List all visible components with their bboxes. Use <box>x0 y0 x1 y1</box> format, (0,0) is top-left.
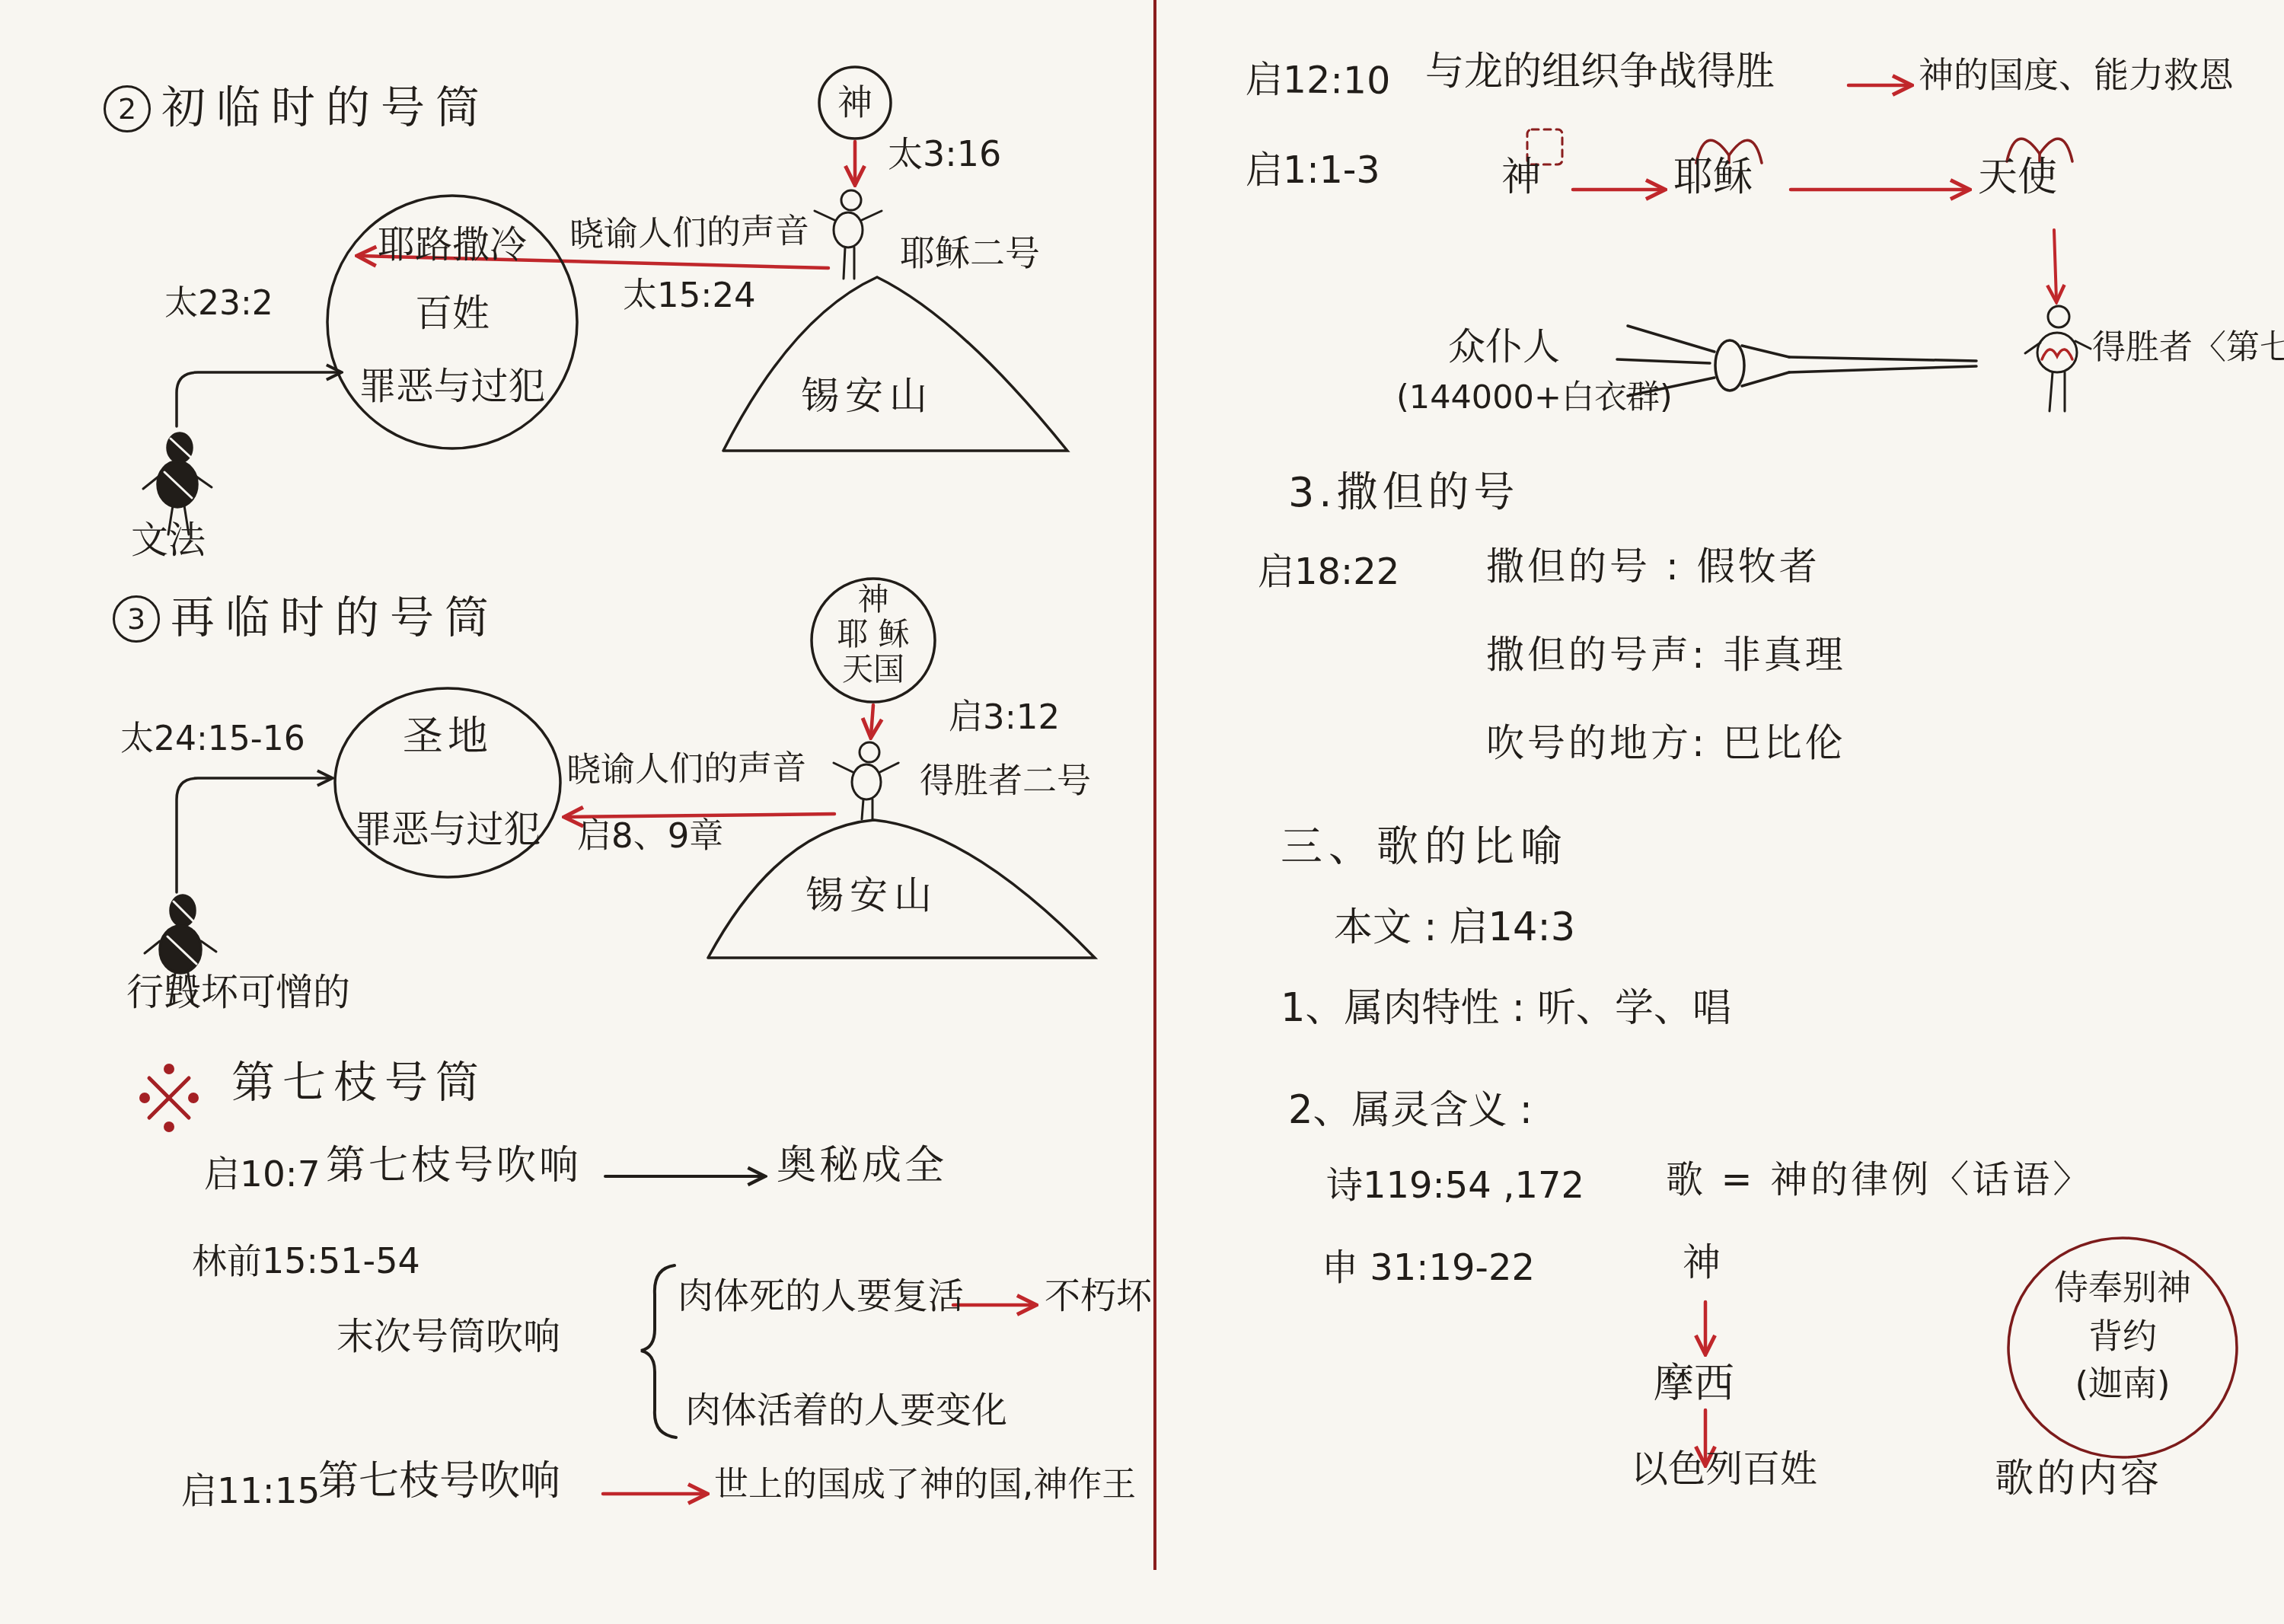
section2-number: 2 <box>104 85 151 132</box>
section3-number: 3 <box>113 595 160 643</box>
verse-ref-1cor15: 林前15:51-54 <box>192 1241 420 1281</box>
zion-mountain <box>723 277 1067 451</box>
victor-stick-figure <box>2025 306 2091 411</box>
scribe-label: 文法 <box>131 519 206 562</box>
verse-ref-mt23-2: 太23:2 <box>164 285 273 324</box>
mystery-fulfilled-label: 奥秘成全 <box>777 1144 947 1189</box>
sin-transgression-label: 罪恶与过犯 <box>341 809 554 851</box>
verse-ref-rev3-12: 启3:12 <box>949 697 1060 737</box>
serve-other-gods-label: 侍奉别神 <box>2014 1268 2231 1308</box>
incorruptible-label: 不朽坏 <box>1045 1276 1152 1317</box>
brace <box>641 1265 676 1437</box>
angel-to-victor-arrow <box>2054 230 2056 300</box>
handwritten-notes-page: 2 初临时的号筒 神 太3:16 耶稣二号 锡安山 晓谕人们的声音 太15:24… <box>0 0 2284 1624</box>
verse-ref-mt15-24: 太15:24 <box>623 276 756 315</box>
war-with-dragon-label: 与龙的组织争战得胜 <box>1425 50 1775 95</box>
verse-ref-rev8-9: 启8、9章 <box>577 816 723 856</box>
section7-title: 第七枝号筒 <box>231 1058 486 1109</box>
scribe-connector-arrow <box>177 372 340 426</box>
song-content-label: 歌的内容 <box>1995 1457 2162 1502</box>
servants-label: 众仆人 <box>1448 326 1560 369</box>
verse-ref-rev10-7: 启10:7 <box>204 1154 321 1195</box>
song-source-label: 本文 : 启14:3 <box>1334 906 1575 951</box>
fleshly-traits-label: 1、属肉特性 : 听、学、唱 <box>1281 987 1731 1032</box>
jerusalem-label: 耶路撒冷 <box>350 224 554 266</box>
verse-ref-rev1-1-3: 启1:1-3 <box>1246 149 1380 192</box>
people-label: 百姓 <box>376 292 528 335</box>
abomination-connector-arrow <box>177 778 330 892</box>
song-equals-statutes-label: 歌 = 神的律例〈话语〉 <box>1666 1159 2093 1201</box>
verse-ref-rev12-10: 启12:10 <box>1246 59 1391 103</box>
jesus-label: 耶 稣 <box>812 617 934 652</box>
verse-ref-deut31: 申 31:19-22 <box>1322 1247 1535 1289</box>
verse-ref-mt24-15: 太24:15-16 <box>120 720 305 759</box>
jesus-stick-figure <box>815 190 882 279</box>
angel-node-label: 天使 <box>1978 155 2057 201</box>
babylon-label: 吹号的地方: 巴比伦 <box>1486 722 1846 766</box>
god-node-label: 神 <box>1683 1241 1721 1285</box>
seventh-trumpet-sounds-label: 第七枝号吹响 <box>318 1459 560 1505</box>
gods-kingdom-salvation-label: 神的国度、能力救恩 <box>1919 55 2234 95</box>
verse-ref-ps119: 诗119:54 ,172 <box>1326 1165 1584 1207</box>
seventh-trumpet-mark-icon <box>142 1066 197 1131</box>
not-truth-label: 撒但的号声: 非真理 <box>1486 633 1846 678</box>
victor-second-trumpet-label: 得胜者二号 <box>920 761 1091 801</box>
living-changed-label: 肉体活着的人要变化 <box>685 1390 1007 1431</box>
verse-ref-rev11-15: 启11:15 <box>181 1471 320 1512</box>
right-page-diagram <box>1527 85 2237 1463</box>
sin-transgression-label: 罪恶与过犯 <box>344 365 560 408</box>
holy-land-label: 圣地 <box>356 714 539 761</box>
god-node-label: 神 <box>1501 155 1541 201</box>
section3-title: 再临时的号筒 <box>171 592 499 643</box>
last-trumpet-label: 末次号筒吹响 <box>337 1316 560 1358</box>
red-book-icon <box>2042 349 2072 359</box>
voice-label: 晓谕人们的声音 <box>569 211 810 254</box>
canaan-label: (迦南) <box>2014 1364 2231 1404</box>
section2-title: 初临时的号筒 <box>161 82 490 133</box>
kingdom-label: 天国 <box>812 652 934 688</box>
seventh-trumpet-sounds-label: 第七枝号吹响 <box>326 1144 582 1189</box>
spiritual-meaning-label: 2、属灵含义 : <box>1288 1089 1533 1134</box>
victor-seventh-trumpet-label: 得胜者〈第七枝号〉 <box>2092 329 2284 368</box>
zion-mountain-label: 锡安山 <box>801 375 933 419</box>
voice-label: 晓谕人们的声音 <box>566 748 807 790</box>
satan-trumpet-title: 3.撒但的号 <box>1288 469 1520 516</box>
song-parable-title: 三、歌的比喻 <box>1281 822 1568 870</box>
verse-ref-mt3-16: 太3:16 <box>888 134 1001 174</box>
jesus-node-label: 耶稣 <box>1673 155 1753 201</box>
abomination-label: 行毁坏可憎的 <box>126 972 350 1014</box>
jesus-second-trumpet-label: 耶稣二号 <box>900 233 1040 273</box>
god-label: 神 <box>819 82 891 123</box>
verse-ref-rev18-22: 启18:22 <box>1258 551 1399 593</box>
false-shepherd-label: 撒但的号 : 假牧者 <box>1486 545 1820 589</box>
zion-mountain-label: 锡安山 <box>805 874 938 918</box>
god-label: 神 <box>812 582 934 617</box>
moses-node-label: 摩西 <box>1654 1361 1734 1408</box>
servants-144000-label: (144000+白衣群) <box>1396 379 1673 416</box>
break-covenant-label: 背约 <box>2014 1317 2231 1357</box>
dead-raised-label: 肉体死的人要复活 <box>678 1276 964 1317</box>
descend-arrow <box>871 705 873 735</box>
kingdom-of-god-label: 世上的国成了神的国,神作王 <box>714 1465 1136 1504</box>
israel-people-label: 以色列百姓 <box>1631 1448 1817 1491</box>
victor-stick-figure <box>834 742 898 819</box>
